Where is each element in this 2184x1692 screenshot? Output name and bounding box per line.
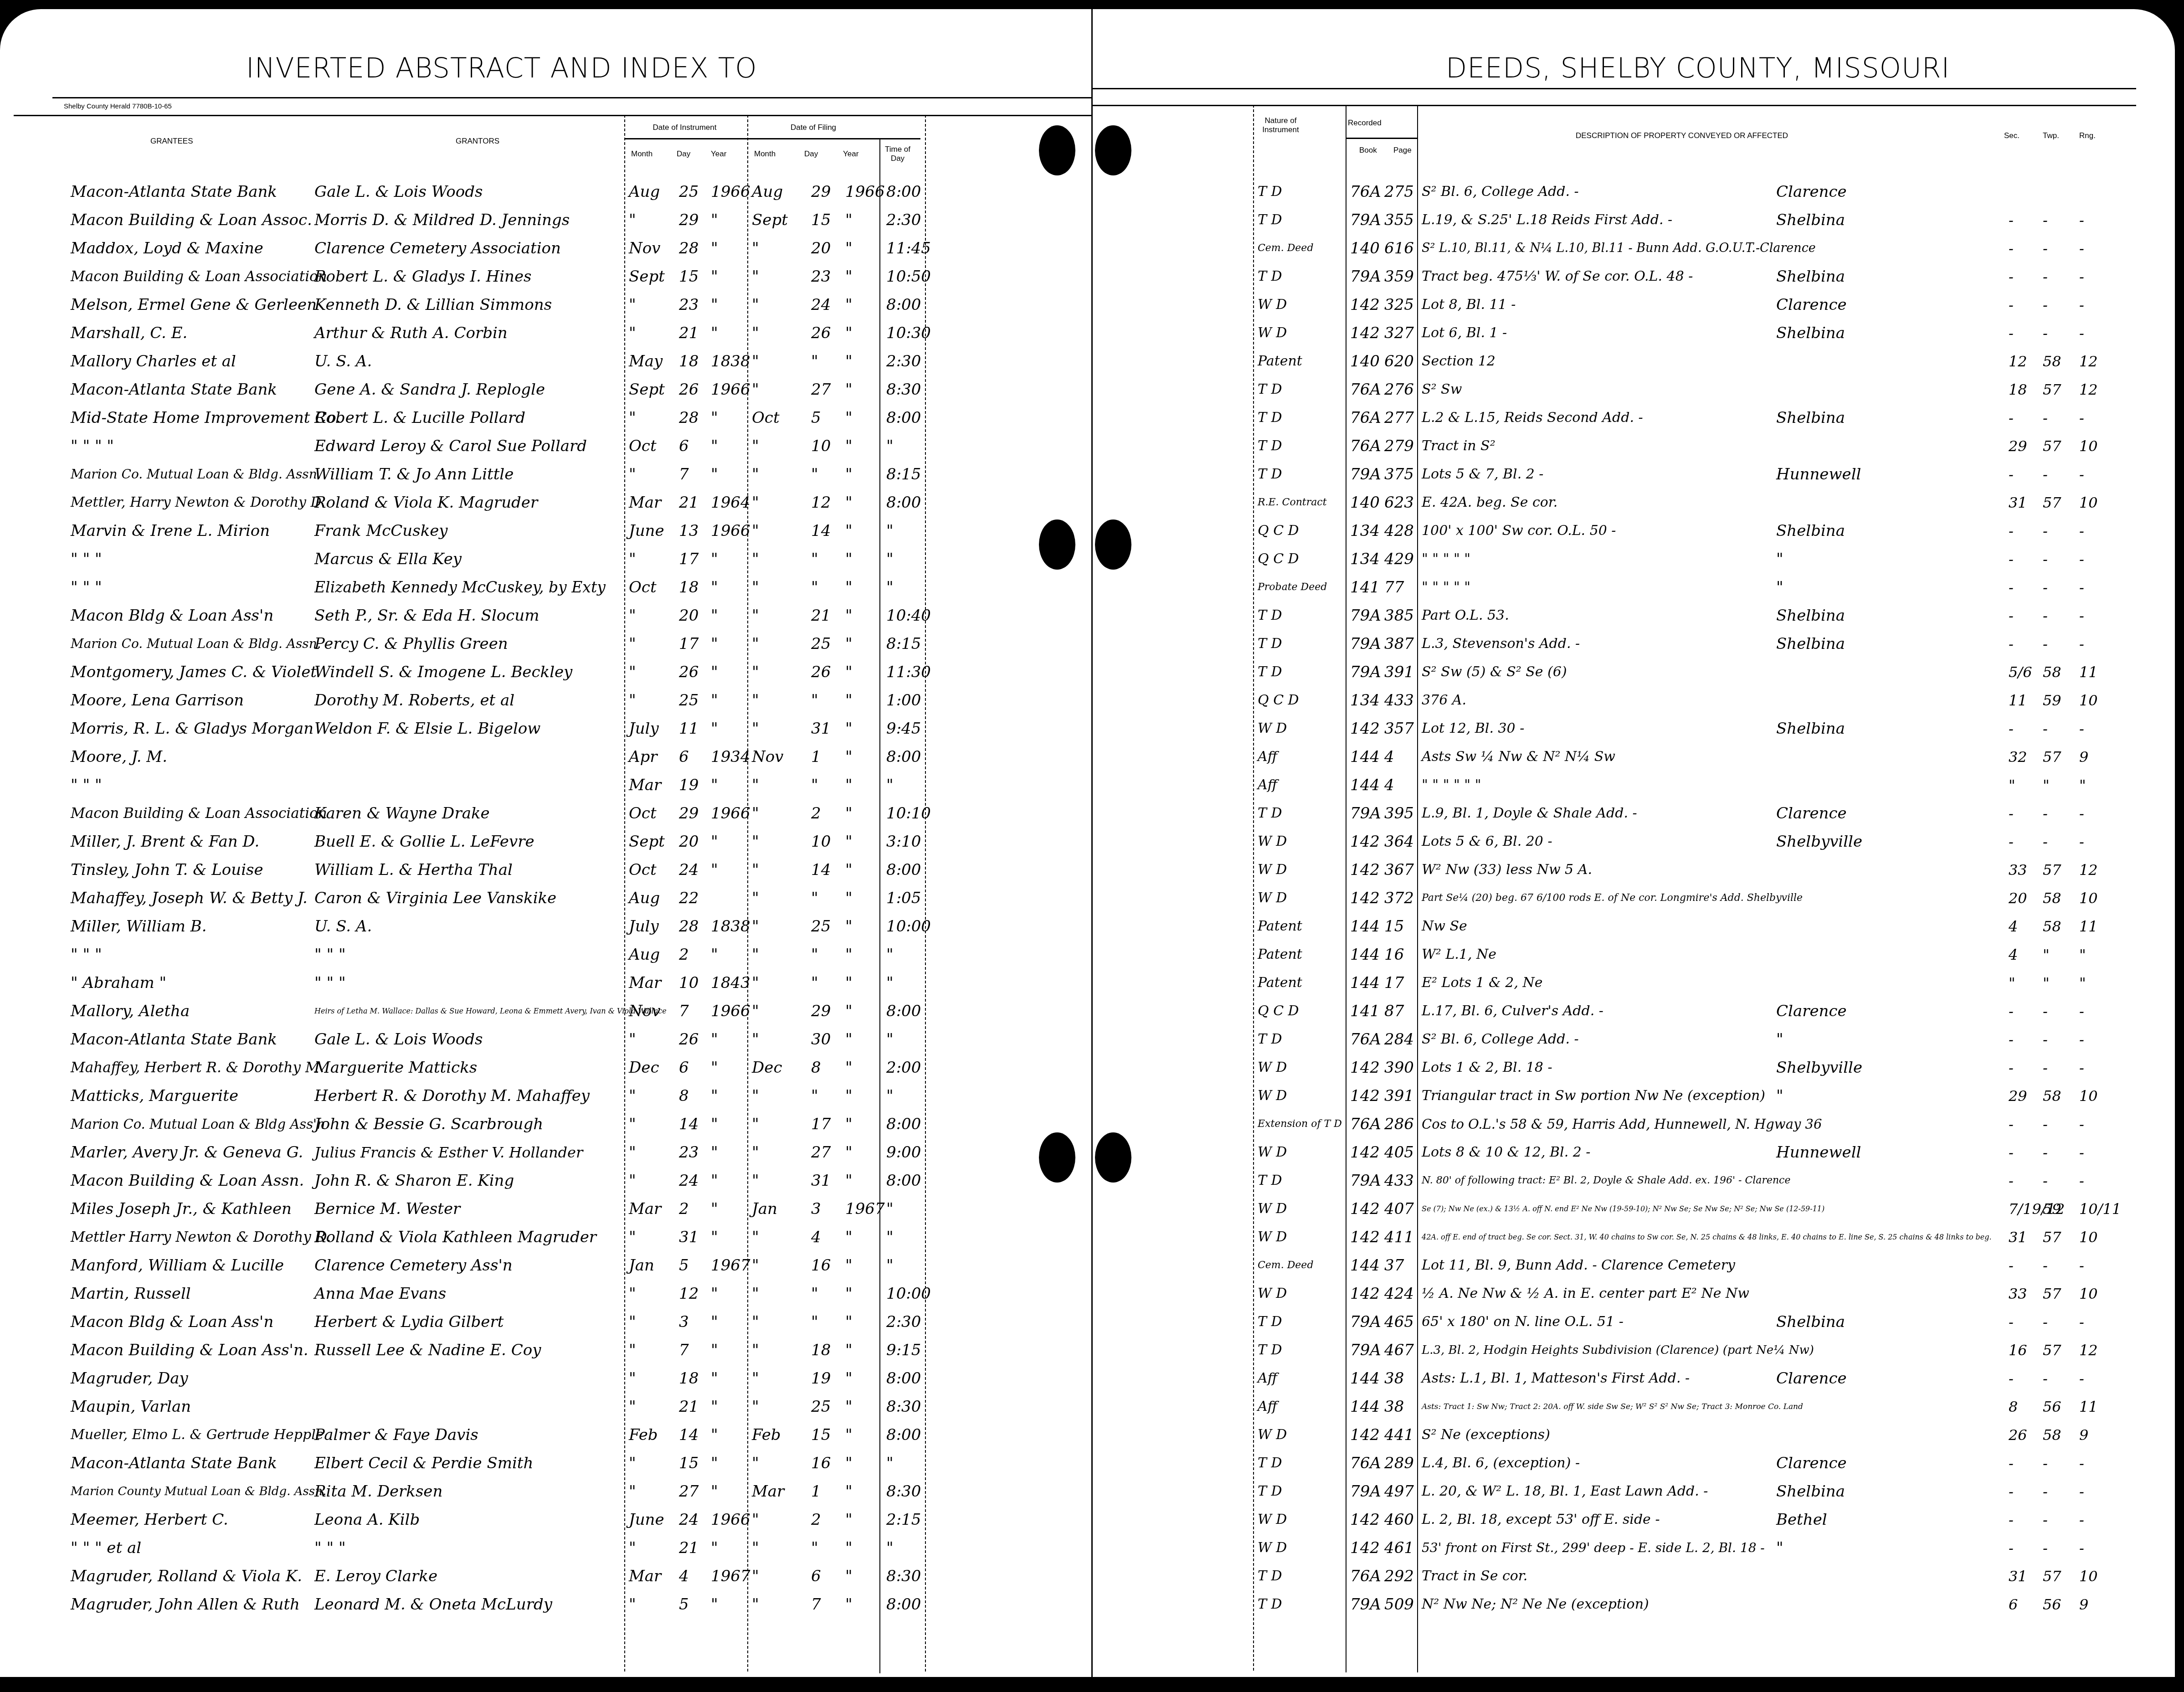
town-name: Shelbina [1776,206,1845,234]
nature-of-instrument: W D [1258,715,1287,743]
grantor-name: U. S. A. [314,347,372,375]
section: 33 [2009,1280,2027,1308]
nature-of-instrument: Q C D [1258,545,1299,573]
nature-of-instrument: T D [1258,432,1282,460]
instrument-month: " [629,1393,636,1421]
instrument-year: " [711,1138,718,1167]
filing-time: 8:30 [886,375,921,404]
range: - [2079,1477,2084,1506]
filing-month: " [752,517,759,545]
range: 10 [2079,884,2098,912]
property-description: Lots 5 & 6, Bl. 20 - [1422,828,1552,856]
township: - [2043,1506,2048,1534]
range: 11 [2079,912,2098,941]
town-name: Clarence [1776,799,1847,828]
col-page: Page [1393,146,1412,155]
filing-day: 29 [811,997,831,1025]
book-number: 144 [1350,1393,1380,1421]
grantor-name: Edward Leroy & Carol Sue Pollard [314,432,587,460]
grantee-name: Melson, Ermel Gene & Gerleen [71,291,317,319]
instrument-month: " [629,319,636,347]
nature-of-instrument: Q C D [1258,517,1299,545]
instrument-month: June [629,517,664,545]
grantee-name: Macon Building & Loan Association [71,799,327,828]
instrument-day: 6 [679,1054,689,1082]
section: 5/6 [2009,658,2032,686]
book-number: 79A [1350,262,1381,291]
right-page: DEEDS, SHELBY COUNTY, MISSOURI Nature of… [1093,9,2175,1677]
grantor-name: Herbert R. & Dorothy M. Mahaffey [314,1082,590,1110]
section: - [2009,799,2014,828]
page-number: 37 [1384,1251,1404,1280]
page-number: 38 [1384,1364,1404,1393]
nature-of-instrument: T D [1258,404,1282,432]
grantor-name: William L. & Hertha Thal [314,856,513,884]
page-number: 387 [1384,630,1414,658]
filing-year: " [845,1138,853,1167]
book-number: 79A [1350,1336,1381,1364]
township: - [2043,1025,2048,1054]
filing-year: " [845,856,853,884]
filing-time: 10:00 [886,912,931,941]
section: - [2009,1110,2014,1138]
township: 59 [2043,1195,2061,1223]
grantee-name: Montgomery, James C. & Violet [71,658,317,686]
instrument-year: " [711,1025,718,1054]
instrument-month: Feb [629,1421,658,1449]
grantor-name: Anna Mae Evans [314,1280,446,1308]
town-name: Shelbina [1776,715,1845,743]
instrument-month: " [629,1167,636,1195]
page-number: 357 [1384,715,1414,743]
property-description: Se (7); Nw Ne (ex.) & 13½ A. off N. end … [1422,1195,1824,1223]
filing-day: 26 [811,319,831,347]
township: - [2043,1138,2048,1167]
filing-day: 25 [811,1393,831,1421]
nature-of-instrument: W D [1258,828,1287,856]
filing-year: " [845,1054,853,1082]
filing-month: " [752,856,759,884]
book-number: 144 [1350,743,1380,771]
town-name: Clarence [1776,1449,1847,1477]
filing-day: 27 [811,375,831,404]
instrument-day: 15 [679,1449,699,1477]
filing-year: " [845,997,853,1025]
town-name: Hunnewell [1776,460,1861,489]
grantee-name: Moore, J. M. [71,743,167,771]
range: 10 [2079,686,2098,715]
col-sec: Sec. [2004,131,2020,140]
town-name: Shelbina [1776,517,1845,545]
town-name: Shelbina [1776,262,1845,291]
section: - [2009,291,2014,319]
book-number: 144 [1350,912,1380,941]
section: 31 [2009,1223,2027,1251]
filing-time: " [886,1025,894,1054]
filing-day: 30 [811,1025,831,1054]
instrument-year: 1967 [711,1251,750,1280]
range: - [2079,291,2084,319]
range: - [2079,828,2084,856]
township: " [2043,771,2050,799]
property-description: N² Nw Ne; N² Ne Ne (exception) [1422,1590,1649,1619]
property-description: Cos to O.L.'s 58 & 59, Harris Add, Hunne… [1422,1110,1822,1138]
grantee-name: Tinsley, John T. & Louise [71,856,263,884]
col-divider [624,115,625,1673]
filing-year: " [845,545,853,573]
filing-time: 10:40 [886,602,931,630]
instrument-month: " [629,1138,636,1167]
filing-month: " [752,771,759,799]
filing-month: " [752,1534,759,1562]
township: 57 [2043,1223,2061,1251]
town-name: Shelbina [1776,630,1845,658]
grantee-name: Mettler Harry Newton & Dorothy D. [71,1223,331,1251]
filing-month: Oct [752,404,780,432]
section: - [2009,1138,2014,1167]
book-number: 142 [1350,1054,1380,1082]
filing-year: " [845,1534,853,1562]
grantor-name: Frank McCuskey [314,517,448,545]
grantee-name: Marshall, C. E. [71,319,187,347]
filing-year: " [845,1421,853,1449]
nature-of-instrument: T D [1258,460,1282,489]
property-description: W² L.1, Ne [1422,941,1496,969]
grantee-name: Macon-Atlanta State Bank [71,1449,277,1477]
col-nature: Nature of Instrument [1254,116,1307,134]
book-number: 142 [1350,1223,1380,1251]
township: - [2043,1054,2048,1082]
instrument-year: " [711,1477,718,1506]
page-number: 424 [1384,1280,1414,1308]
nature-of-instrument: W D [1258,319,1287,347]
instrument-day: 7 [679,997,689,1025]
township: " [2043,941,2050,969]
filing-month: " [752,347,759,375]
header-rule [1093,105,2136,106]
instrument-month: " [629,1449,636,1477]
nature-of-instrument: Aff [1258,1393,1277,1421]
range: - [2079,234,2084,262]
filing-month: " [752,319,759,347]
filing-time: 8:15 [886,630,921,658]
grantee-name: " " " [71,545,102,573]
book-number: 142 [1350,1421,1380,1449]
township: - [2043,1477,2048,1506]
filing-year: " [845,1025,853,1054]
filing-day: 1 [811,1477,821,1506]
property-description: L.2 & L.15, Reids Second Add. - [1422,404,1643,432]
col-divider [879,139,880,1673]
instrument-month: July [629,912,659,941]
section: - [2009,404,2014,432]
instrument-month: Oct [629,856,657,884]
filing-year: " [845,941,853,969]
instrument-year: " [711,1195,718,1223]
filing-day: 10 [811,432,831,460]
page-number: 395 [1384,799,1414,828]
col-divider [1346,105,1346,1672]
filing-year: " [845,799,853,828]
page-number: 509 [1384,1590,1414,1619]
grantor-name: E. Leroy Clarke [314,1562,437,1590]
grantor-name: Herbert & Lydia Gilbert [314,1308,504,1336]
filing-time: " [886,1195,894,1223]
nature-of-instrument: T D [1258,1562,1282,1590]
grantor-name: Leonard M. & Oneta McLurdy [314,1590,552,1619]
instrument-month: May [629,347,663,375]
instrument-day: 6 [679,743,689,771]
grantor-name: Dorothy M. Roberts, et al [314,686,514,715]
book-number: 76A [1350,1110,1381,1138]
section: - [2009,1449,2014,1477]
filing-day: 26 [811,658,831,686]
range: 10 [2079,432,2098,460]
filing-year: 1967 [845,1195,885,1223]
grantor-name: Gale L. & Lois Woods [314,1025,483,1054]
page-number: 277 [1384,404,1414,432]
town-name: Shelbina [1776,404,1845,432]
instrument-day: 21 [679,319,699,347]
grantor-name: Percy C. & Phyllis Green [314,630,508,658]
township: - [2043,602,2048,630]
section: - [2009,715,2014,743]
township: 58 [2043,912,2061,941]
grantor-name: U. S. A. [314,912,372,941]
instrument-day: 28 [679,912,699,941]
book-number: 142 [1350,715,1380,743]
township: - [2043,206,2048,234]
book-number: 76A [1350,404,1381,432]
grantor-name: " " " [314,1534,346,1562]
filing-month: " [752,1251,759,1280]
section: - [2009,1506,2014,1534]
range: - [2079,517,2084,545]
instrument-month: Oct [629,799,657,828]
filing-month: " [752,997,759,1025]
instrument-year: " [711,686,718,715]
instrument-year: " [711,715,718,743]
section: - [2009,997,2014,1025]
section: - [2009,319,2014,347]
instrument-day: 3 [679,1308,689,1336]
nature-of-instrument: Aff [1258,771,1277,799]
instrument-day: 2 [679,1195,689,1223]
book-number: 144 [1350,771,1380,799]
filing-day: 8 [811,1054,821,1082]
range: " [2079,771,2086,799]
filing-day: 29 [811,178,831,206]
property-description: Asts: Tract 1: Sw Nw; Tract 2: 20A. off … [1422,1393,1803,1421]
instrument-year: 1966 [711,1506,750,1534]
instrument-day: 29 [679,799,699,828]
instrument-year: " [711,1308,718,1336]
instrument-year: " [711,1364,718,1393]
range: 10 [2079,489,2098,517]
township: - [2043,799,2048,828]
filing-year: " [845,1082,853,1110]
township: - [2043,1449,2048,1477]
book-number: 144 [1350,969,1380,997]
filing-time: 3:10 [886,828,921,856]
filing-year: " [845,1110,853,1138]
nature-of-instrument: W D [1258,884,1287,912]
book-number: 140 [1350,347,1380,375]
grantor-name: Elizabeth Kennedy McCuskey, by Exty [314,573,606,602]
town-name: Bethel [1776,1506,1827,1534]
filing-time: " [886,1223,894,1251]
township: 57 [2043,489,2061,517]
filing-time: 8:00 [886,1590,921,1619]
property-description: 376 A. [1422,686,1466,715]
filing-day: 17 [811,1110,831,1138]
property-description: L.4, Bl. 6, (exception) - [1422,1449,1580,1477]
grantor-name: Palmer & Faye Davis [314,1421,478,1449]
instrument-month: " [629,1534,636,1562]
nature-of-instrument: T D [1258,1336,1282,1364]
page-number: 620 [1384,347,1414,375]
filing-day: 25 [811,912,831,941]
instrument-year: " [711,658,718,686]
filing-day: 10 [811,828,831,856]
nature-of-instrument: T D [1258,1167,1282,1195]
township: 59 [2043,686,2061,715]
col-date-instrument: Date of Instrument [627,123,743,132]
instrument-month: Mar [629,1195,661,1223]
instrument-day: 13 [679,517,699,545]
instrument-year: 1966 [711,997,750,1025]
grantee-name: Manford, William & Lucille [71,1251,284,1280]
filing-day: 6 [811,1562,821,1590]
grantee-name: " " " [71,941,102,969]
township: 57 [2043,1280,2061,1308]
filing-time: 8:30 [886,1562,921,1590]
instrument-month: Nov [629,234,660,262]
book-number: 134 [1350,545,1380,573]
instrument-year: " [711,291,718,319]
nature-of-instrument: T D [1258,1449,1282,1477]
section: 31 [2009,489,2027,517]
grantor-name: Russell Lee & Nadine E. Coy [314,1336,541,1364]
filing-year: " [845,375,853,404]
section: - [2009,630,2014,658]
property-description: Part O.L. 53. [1422,602,1509,630]
filing-time: 8:30 [886,1477,921,1506]
nature-of-instrument: T D [1258,602,1282,630]
section: - [2009,1025,2014,1054]
nature-of-instrument: W D [1258,1054,1287,1082]
property-description: 100' x 100' Sw cor. O.L. 50 - [1422,517,1616,545]
section: 29 [2009,1082,2027,1110]
filing-year: 1966 [845,178,885,206]
township: - [2043,573,2048,602]
grantor-name: Weldon F. & Elsie L. Bigelow [314,715,540,743]
town-name: " [1776,1082,1783,1110]
township: - [2043,1308,2048,1336]
page-number: 4 [1384,771,1394,799]
filing-month: " [752,1082,759,1110]
page-number: 390 [1384,1054,1414,1082]
nature-of-instrument: Patent [1258,941,1302,969]
filing-year: " [845,602,853,630]
grantor-name: " " " [314,969,346,997]
range: - [2079,1138,2084,1167]
filing-day: " [811,1082,818,1110]
grantee-name: Mahaffey, Joseph W. & Betty J. [71,884,308,912]
book-number: 142 [1350,1138,1380,1167]
col-fil-year: Year [843,149,858,159]
instrument-day: 11 [679,715,699,743]
grantor-name: Julius Francis & Esther V. Hollander [314,1138,583,1167]
filing-time: " [886,1251,894,1280]
filing-time: " [886,432,894,460]
binder-hole [1039,125,1075,175]
filing-day: 2 [811,799,821,828]
filing-time: 9:15 [886,1336,921,1364]
filing-day: 20 [811,234,831,262]
page-number: 38 [1384,1393,1404,1421]
section: - [2009,1308,2014,1336]
town-name: " [1776,1534,1783,1562]
page-number: 433 [1384,1167,1414,1195]
instrument-day: 22 [679,884,699,912]
col-divider [1253,105,1254,1672]
filing-day: " [811,771,818,799]
col-fil-day: Day [804,149,818,159]
filing-time: " [886,1534,894,1562]
range: - [2079,630,2084,658]
instrument-day: 24 [679,1167,699,1195]
filing-year: " [845,1223,853,1251]
town-name: " [1776,545,1783,573]
filing-time: 1:00 [886,686,921,715]
nature-of-instrument: T D [1258,1590,1282,1619]
section: - [2009,1167,2014,1195]
range: - [2079,602,2084,630]
township: 56 [2043,1393,2061,1421]
section: 26 [2009,1421,2027,1449]
filing-time: 8:00 [886,1110,921,1138]
page-number: 372 [1384,884,1414,912]
township: - [2043,545,2048,573]
header-rule [14,115,1091,116]
instrument-month: " [629,1025,636,1054]
range: " [2079,941,2086,969]
range: - [2079,545,2084,573]
instrument-month: " [629,602,636,630]
instrument-month: Dec [629,1054,659,1082]
book-number: 142 [1350,1280,1380,1308]
range: - [2079,460,2084,489]
header-rule [1093,88,2136,89]
property-description: N. 80' of following tract: E² Bl. 2, Doy… [1422,1167,1790,1195]
instrument-month: Oct [629,432,657,460]
instrument-month: Aug [629,178,660,206]
page-number: 275 [1384,178,1414,206]
filing-year: " [845,460,853,489]
property-description: Tract beg. 475⅓' W. of Se cor. O.L. 48 - [1422,262,1693,291]
filing-day: " [811,941,818,969]
instrument-year: " [711,262,718,291]
filing-time: " [886,517,894,545]
instrument-year: " [711,771,718,799]
instrument-year: 1838 [711,347,750,375]
nature-of-instrument: Patent [1258,347,1302,375]
range: - [2079,1449,2084,1477]
range: - [2079,997,2084,1025]
filing-day: 31 [811,715,831,743]
filing-time: " [886,771,894,799]
